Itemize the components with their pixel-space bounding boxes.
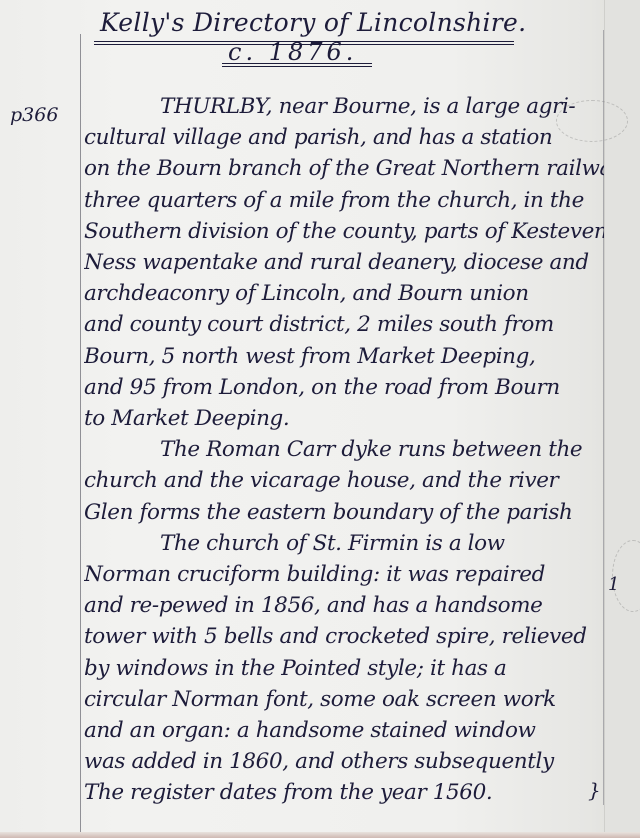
date-underline <box>222 63 372 64</box>
text-line: Ness wapentake and rural deanery, dioces… <box>84 250 604 275</box>
margin-note: 1 <box>608 574 619 595</box>
text-line: and re-pewed in 1856, and has a handsome <box>84 593 604 618</box>
text-line: three quarters of a mile from the church… <box>84 188 604 213</box>
text-line: on the Bourn branch of the Great Norther… <box>84 156 604 181</box>
text-line: The Roman Carr dyke runs between the <box>160 437 604 462</box>
page-reference: p366 <box>10 104 58 126</box>
text-line: to Market Deeping. <box>84 406 604 431</box>
text-line: cultural village and parish, and has a s… <box>84 125 604 150</box>
left-margin-rule <box>80 34 81 834</box>
text-line: The register dates from the year 1560. <box>84 780 604 805</box>
text-line: circular Norman font, some oak screen wo… <box>84 687 604 712</box>
text-line: and an organ: a handsome stained window <box>84 718 604 743</box>
text-line: The church of St. Firmin is a low <box>160 531 604 556</box>
table-surface <box>0 832 640 838</box>
document-title: Kelly's Directory of Lincolnshire. <box>100 8 526 37</box>
document-page: Kelly's Directory of Lincolnshire. c. 18… <box>0 0 640 838</box>
text-line: THURLBY, near Bourne, is a large agri- <box>160 94 604 119</box>
text-line: archdeaconry of Lincoln, and Bourn union <box>84 281 604 306</box>
text-line: was added in 1860, and others subsequent… <box>84 749 604 774</box>
text-line: Southern division of the county, parts o… <box>84 219 604 244</box>
document-date: c. 1876. <box>228 38 357 66</box>
text-line: Bourn, 5 north west from Market Deeping, <box>84 344 604 369</box>
text-line: and 95 from London, on the road from Bou… <box>84 375 604 400</box>
text-line: and county court district, 2 miles south… <box>84 312 604 337</box>
text-line: Glen forms the eastern boundary of the p… <box>84 500 604 525</box>
date-underline <box>222 66 372 67</box>
text-line: Norman cruciform building: it was repair… <box>84 562 604 587</box>
text-line: church and the vicarage house, and the r… <box>84 468 604 493</box>
margin-note: } <box>588 778 601 802</box>
text-line: by windows in the Pointed style; it has … <box>84 656 604 681</box>
text-line: tower with 5 bells and crocketed spire, … <box>84 624 604 649</box>
